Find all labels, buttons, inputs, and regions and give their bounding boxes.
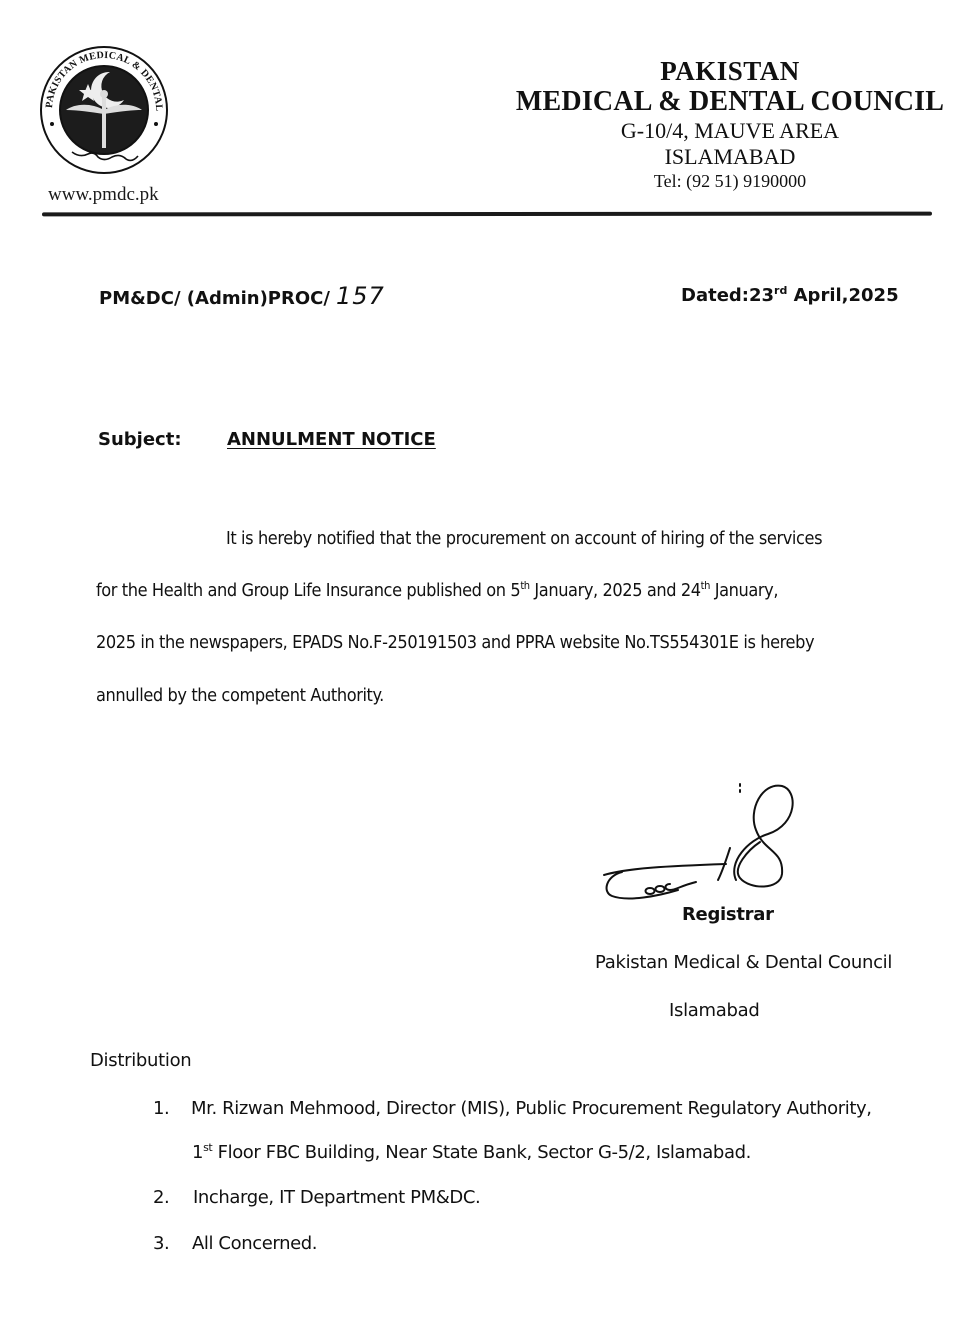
document-date: Dated:23rd April,2025 [681,285,899,306]
body-line-1: It is hereby notified that the procureme… [226,528,822,549]
body-line-2: for the Health and Group Life Insurance … [96,580,778,601]
address-line1: G-10/4, MAUVE AREA [510,118,950,144]
address-text: Floor FBC Building, Near State Bank, Sec… [212,1142,751,1163]
body-line-3: 2025 in the newspapers, EPADS No.F-25019… [96,632,814,653]
distribution-item-text: All Concerned. [192,1233,317,1254]
dated-day-suffix: rd [774,284,787,297]
dated-day: 23 [749,285,774,306]
subject-title: ANNULMENT NOTICE [227,429,436,450]
reference-number: PM&DC/ (Admin)PROC/157 [99,282,385,310]
reference-prefix: PM&DC/ (Admin)PROC/ [99,288,330,309]
distribution-item-text: Incharge, IT Department PM&DC. [193,1187,480,1208]
distribution-item-number: 3. [153,1233,169,1254]
signatory-title: Registrar [682,904,774,925]
handwritten-signature-icon [598,780,808,910]
pmdc-logo-icon: PAKISTAN MEDICAL & DENTAL COUNCIL [38,44,170,176]
distribution-item-continuation: 1st Floor FBC Building, Near State Bank,… [192,1142,751,1163]
signatory-organization: Pakistan Medical & Dental Council [595,952,892,973]
body-line-4: annulled by the competent Authority. [96,685,384,706]
body-text: for the Health and Group Life Insurance … [96,580,520,601]
distribution-item-number: 2. [153,1187,169,1208]
handwritten-reference-number: 157 [336,282,385,310]
floor-number: 1 [192,1142,203,1163]
telephone: Tel: (92 51) 9190000 [510,171,950,192]
ordinal-suffix: th [520,579,529,592]
distribution-item-number: 1. [153,1098,169,1119]
dated-rest: April,2025 [787,285,898,306]
org-name-line1: PAKISTAN [510,56,950,87]
body-text: January, 2025 and 24 [530,580,701,601]
dated-label: Dated: [681,285,749,306]
signatory-city: Islamabad [669,1000,759,1021]
distribution-item-text: Mr. Rizwan Mehmood, Director (MIS), Publ… [191,1098,872,1119]
ordinal-suffix: th [701,579,710,592]
address-line2: ISLAMABAD [510,144,950,170]
ordinal-suffix: st [203,1141,212,1154]
letterhead-divider [42,212,932,217]
distribution-label: Distribution [90,1050,191,1071]
subject-label: Subject: [98,429,182,450]
org-name-line2: MEDICAL & DENTAL COUNCIL [510,86,950,118]
body-text: January, [710,580,778,601]
website-url: www.pmdc.pk [48,184,159,206]
